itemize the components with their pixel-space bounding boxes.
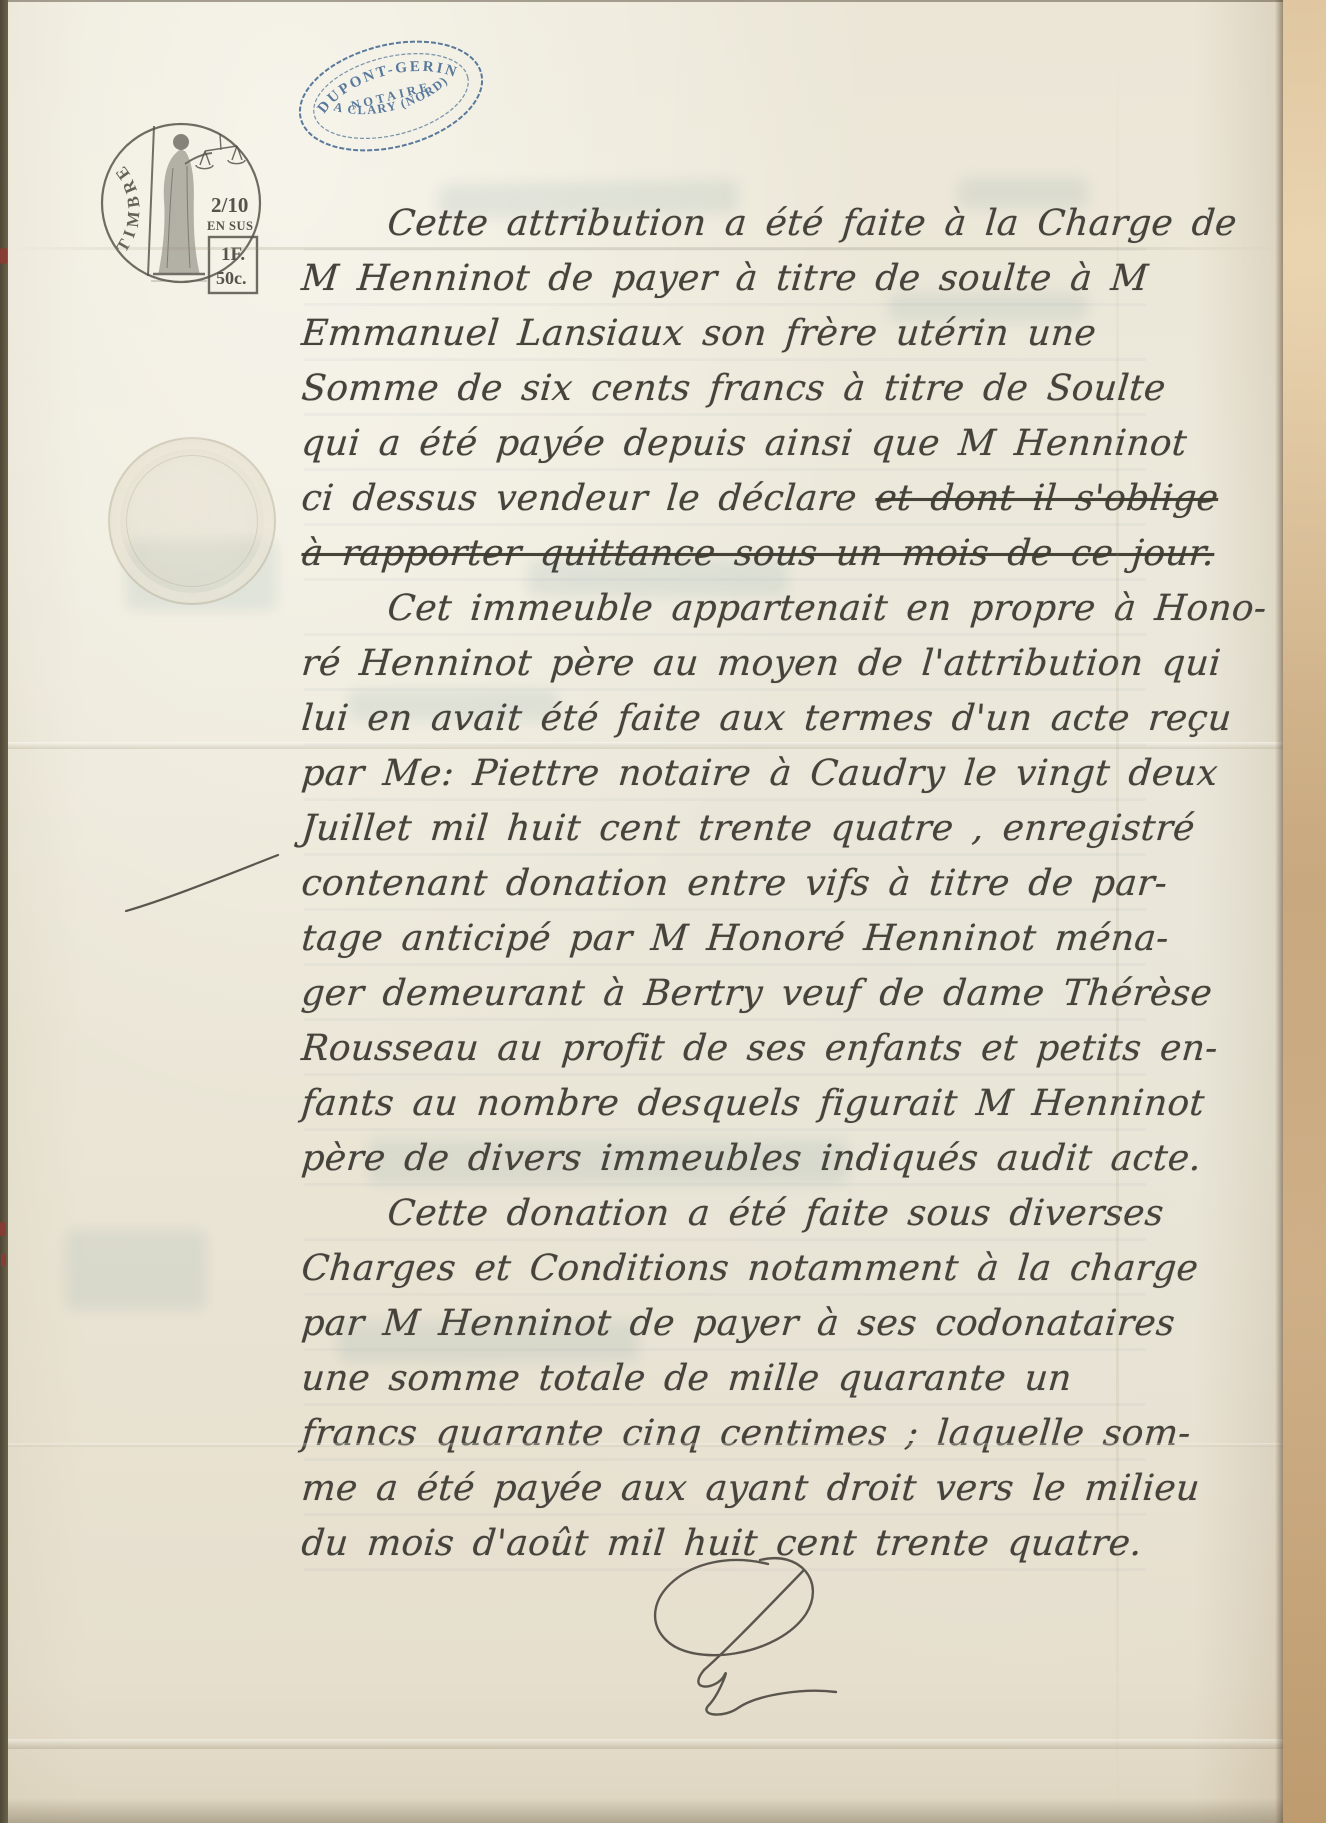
manuscript-text: par M Henninot de payer à ses codonatair… [300, 1303, 1177, 1344]
manuscript-line: une somme totale de mille quarante un [299, 1351, 1146, 1406]
manuscript-text: ger demeurant à Bertry veuf de dame Thér… [300, 973, 1214, 1014]
manuscript-line: tage anticipé par M Honoré Henninot ména… [299, 911, 1146, 966]
adjacent-page-edge [1283, 0, 1326, 1823]
manuscript-text: ré Henninot père au moyen de l'attributi… [300, 643, 1223, 684]
manuscript-line: Cette attribution a été faite à la Charg… [299, 196, 1146, 251]
justice-figure-icon [148, 126, 212, 281]
scales-icon [196, 134, 245, 169]
manuscript-text: Cet immeuble appartenait en propre à Hon… [386, 588, 1268, 629]
manuscript-text: Cette attribution a été faite à la Charg… [386, 203, 1239, 244]
manuscript-line: Charges et Conditions notamment à la cha… [299, 1241, 1146, 1296]
binding-mark [0, 1222, 6, 1236]
manuscript-text: qui a été payée depuis ainsi que M Henni… [300, 423, 1189, 464]
page-edge-shadow [1275, 0, 1283, 1823]
signature-paraph-icon [608, 1550, 868, 1725]
manuscript: Cette attribution a été faite à la Charg… [304, 196, 1146, 1571]
manuscript-text: Rousseau au profit de ses enfants et pet… [300, 1028, 1220, 1069]
manuscript-line: fants au nombre desquels figurait M Henn… [299, 1076, 1146, 1131]
tax-surcharge-value: 2/10 [211, 193, 248, 217]
manuscript-text: Emmanuel Lansiaux son frère utérin une [300, 313, 1098, 354]
manuscript-line: ger demeurant à Bertry veuf de dame Thér… [299, 966, 1146, 1021]
notary-stamp: DUPONT-GERIN NOTAIRE A CLARY (NORD) [290, 34, 492, 158]
manuscript-line: Cet immeuble appartenait en propre à Hon… [299, 581, 1146, 636]
manuscript-text: tage anticipé par M Honoré Henninot ména… [300, 918, 1171, 959]
manuscript-line: père de divers immeubles indiqués audit … [299, 1131, 1146, 1186]
manuscript-line: Rousseau au profit de ses enfants et pet… [299, 1021, 1146, 1076]
manuscript-line: me a été payée aux ayant droit vers le m… [299, 1461, 1146, 1516]
manuscript-line: Juillet mil huit cent trente quatre , en… [299, 801, 1146, 856]
struck-text: à rapporter quittance sous un mois de ce… [300, 533, 1216, 574]
manuscript-line: Somme de six cents francs à titre de Sou… [299, 361, 1146, 416]
manuscript-text: une somme totale de mille quarante un [300, 1358, 1074, 1399]
manuscript-text: me a été payée aux ayant droit vers le m… [300, 1468, 1202, 1509]
manuscript-line: ci dessus vendeur le déclare et dont il … [299, 471, 1146, 526]
struck-text: et dont il s'oblige [874, 478, 1220, 519]
svg-text:TIMBRE: TIMBRE [109, 159, 144, 255]
manuscript-text: père de divers immeubles indiqués audit … [300, 1138, 1203, 1179]
fold-crease [8, 1739, 1283, 1749]
manuscript-text: Cette donation a été faite sous diverses [386, 1193, 1166, 1234]
embossed-seal [108, 437, 276, 605]
bleedthrough-mark [66, 1230, 206, 1310]
tax-stamp: TIMBRE 2/10 EN SUS [93, 108, 275, 296]
manuscript-line: ré Henninot père au moyen de l'attributi… [299, 636, 1146, 691]
manuscript-line: lui en avait été faite aux termes d'un a… [299, 691, 1146, 746]
tax-value-francs: 1F. [221, 244, 245, 265]
binding-mark [1, 1254, 6, 1266]
manuscript-text: ci dessus vendeur le déclare [300, 478, 878, 519]
tax-value-centimes: 50c. [216, 268, 247, 288]
manuscript-text: Somme de six cents francs à titre de Sou… [300, 368, 1168, 409]
manuscript-text: contenant donation entre vifs à titre de… [300, 863, 1169, 904]
document-page: TIMBRE 2/10 EN SUS [8, 0, 1283, 1823]
svg-text:A CLARY (NORD): A CLARY (NORD) [329, 71, 454, 127]
manuscript-text: fants au nombre desquels figurait M Henn… [300, 1083, 1206, 1124]
manuscript-line: qui a été payée depuis ainsi que M Henni… [299, 416, 1146, 471]
tax-surcharge-label: EN SUS [207, 219, 253, 233]
manuscript-line: Emmanuel Lansiaux son frère utérin une [299, 306, 1146, 361]
manuscript-line: par M Henninot de payer à ses codonatair… [299, 1296, 1146, 1351]
manuscript-text: lui en avait été faite aux termes d'un a… [300, 698, 1233, 739]
manuscript-line: M Henninot de payer à titre de soulte à … [299, 251, 1146, 306]
manuscript-text: Charges et Conditions notamment à la cha… [300, 1248, 1200, 1289]
manuscript-line: francs quarante cinq centimes ; laquelle… [299, 1406, 1146, 1461]
tax-stamp-arc-label: TIMBRE [109, 159, 144, 255]
manuscript-text: par Me: Piettre notaire à Caudry le ving… [300, 753, 1220, 794]
notary-place: A CLARY (NORD) [329, 71, 454, 127]
fold-crease [8, 1798, 1283, 1823]
manuscript-text: M Henninot de payer à titre de soulte à … [300, 258, 1150, 299]
manuscript-line: à rapporter quittance sous un mois de ce… [299, 526, 1146, 581]
pen-stroke [120, 845, 290, 920]
manuscript-text: Juillet mil huit cent trente quatre , en… [300, 808, 1197, 849]
binding-mark [0, 248, 7, 264]
scanned-document: TIMBRE 2/10 EN SUS [0, 0, 1326, 1823]
scan-edge-left [0, 0, 8, 1823]
scan-edge-top [0, 0, 1326, 2]
manuscript-text: francs quarante cinq centimes ; laquelle… [300, 1413, 1193, 1454]
manuscript-line: par Me: Piettre notaire à Caudry le ving… [299, 746, 1146, 801]
manuscript-line: contenant donation entre vifs à titre de… [299, 856, 1146, 911]
manuscript-line: Cette donation a été faite sous diverses [299, 1186, 1146, 1241]
